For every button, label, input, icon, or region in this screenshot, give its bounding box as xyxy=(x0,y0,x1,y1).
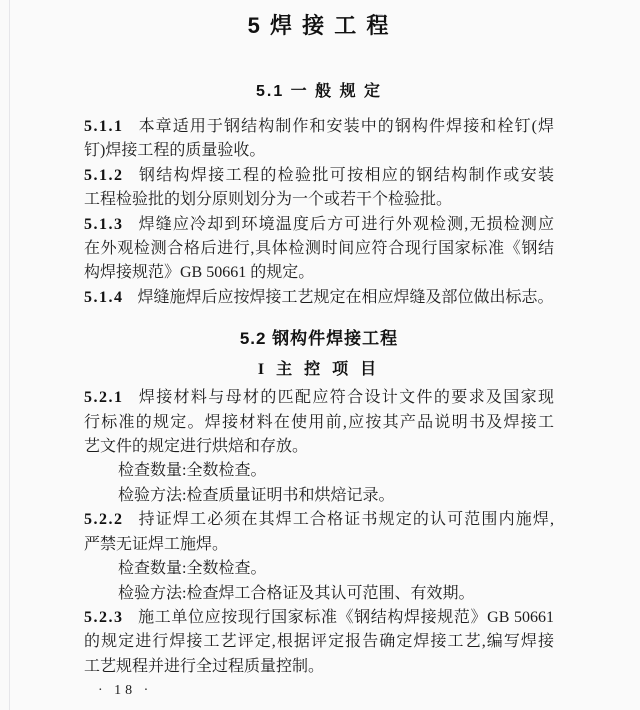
paragraph-line: 5.1.4焊缝施焊后应按焊接工艺规定在相应焊缝及部位做出标志。 xyxy=(84,286,554,310)
paragraph-line: 5.2.1焊接材料与母材的匹配应符合设计文件的要求及国家现 xyxy=(84,386,554,410)
clause-text: 艺文件的规定进行烘焙和存放。 xyxy=(84,438,308,455)
scan-edge-line xyxy=(9,0,10,710)
clause-text: 检验方法:检查焊工合格证及其认可范围、有效期。 xyxy=(118,585,474,602)
document-page: 5 焊 接 工 程 5.1 一 般 规 定 5.1.1本章适用于钢结构制作和安装… xyxy=(0,0,640,710)
clause-number: 5.2.2 xyxy=(84,511,124,528)
clause-text: 钢结构焊接工程的检验批可按相应的钢结构制作或安装 xyxy=(138,167,555,184)
clause-text: 焊缝施焊后应按焊接工艺规定在相应焊缝及部位做出标志。 xyxy=(138,289,554,306)
inspection-quantity-line: 检查数量:全数检查。 xyxy=(84,459,554,483)
section-5-1-title: 5.1 一 般 规 定 xyxy=(84,82,554,102)
inspection-quantity-line: 检查数量:全数检查。 xyxy=(84,557,554,581)
inspection-method-line: 检验方法:检查焊工合格证及其认可范围、有效期。 xyxy=(84,582,554,606)
paragraph-line: 钉)焊接工程的质量验收。 xyxy=(84,139,554,163)
clause-number: 5.1.3 xyxy=(84,216,124,233)
clause-text: 在外观检测合格后进行,具体检测时间应符合现行国家标准《钢结 xyxy=(84,240,554,257)
clause-number: 5.1.2 xyxy=(84,167,124,184)
clause-text: 检查数量:全数检查。 xyxy=(118,560,266,577)
clause-text: 焊缝应冷却到环境温度后方可进行外观检测,无损检测应 xyxy=(138,216,555,233)
clause-text: 持证焊工必须在其焊工合格证书规定的认可范围内施焊, xyxy=(138,511,555,528)
section-5-2-body: 5.2.1焊接材料与母材的匹配应符合设计文件的要求及国家现 行标准的规定。焊接材… xyxy=(84,386,554,679)
page-content: 5 焊 接 工 程 5.1 一 般 规 定 5.1.1本章适用于钢结构制作和安装… xyxy=(84,0,554,679)
clause-text: 行标准的规定。焊接材料在使用前,应按其产品说明书及焊接工 xyxy=(84,414,554,431)
clause-text: 钉)焊接工程的质量验收。 xyxy=(84,142,265,159)
paragraph-line: 5.2.3施工单位应按现行国家标准《钢结构焊接规范》GB 50661 xyxy=(84,606,554,630)
paragraph-line: 工艺规程并进行全过程质量控制。 xyxy=(84,655,554,679)
clause-number: 5.2.3 xyxy=(84,609,124,626)
clause-text: 严禁无证焊工施焊。 xyxy=(84,536,228,553)
paragraph-line: 行标准的规定。焊接材料在使用前,应按其产品说明书及焊接工 xyxy=(84,411,554,435)
chapter-title: 5 焊 接 工 程 xyxy=(84,11,554,41)
paragraph-line: 5.1.2钢结构焊接工程的检验批可按相应的钢结构制作或安装 xyxy=(84,164,554,188)
clause-number: 5.1.1 xyxy=(84,118,124,135)
paragraph-line: 艺文件的规定进行烘焙和存放。 xyxy=(84,435,554,459)
clause-text: 的规定进行焊接工艺评定,根据评定报告确定焊接工艺,编写焊接 xyxy=(84,633,554,650)
dominant-items-subtitle: I 主 控 项 目 xyxy=(84,360,554,380)
paragraph-line: 5.1.1本章适用于钢结构制作和安装中的钢构件焊接和栓钉(焊 xyxy=(84,115,554,139)
paragraph-line: 5.1.3焊缝应冷却到环境温度后方可进行外观检测,无损检测应 xyxy=(84,213,554,237)
clause-text: 本章适用于钢结构制作和安装中的钢构件焊接和栓钉(焊 xyxy=(138,118,555,135)
inspection-method-line: 检验方法:检查质量证明书和烘焙记录。 xyxy=(84,484,554,508)
paragraph-line: 的规定进行焊接工艺评定,根据评定报告确定焊接工艺,编写焊接 xyxy=(84,630,554,654)
paragraph-line: 严禁无证焊工施焊。 xyxy=(84,533,554,557)
section-5-1-body: 5.1.1本章适用于钢结构制作和安装中的钢构件焊接和栓钉(焊 钉)焊接工程的质量… xyxy=(84,115,554,310)
clause-text: 工艺规程并进行全过程质量控制。 xyxy=(84,658,324,675)
clause-number: 5.1.4 xyxy=(84,289,124,306)
clause-text: 构焊接规范》GB 50661 的规定。 xyxy=(84,264,314,281)
clause-text: 施工单位应按现行国家标准《钢结构焊接规范》GB 50661 xyxy=(138,609,555,626)
paragraph-line: 在外观检测合格后进行,具体检测时间应符合现行国家标准《钢结 xyxy=(84,237,554,261)
clause-number: 5.2.1 xyxy=(84,389,124,406)
clause-text: 检验方法:检查质量证明书和烘焙记录。 xyxy=(118,487,394,504)
clause-text: 检查数量:全数检查。 xyxy=(118,462,266,479)
section-5-2-title: 5.2 钢构件焊接工程 xyxy=(84,328,554,350)
paragraph-line: 5.2.2持证焊工必须在其焊工合格证书规定的认可范围内施焊, xyxy=(84,508,554,532)
clause-text: 焊接材料与母材的匹配应符合设计文件的要求及国家现 xyxy=(138,389,555,406)
paragraph-line: 构焊接规范》GB 50661 的规定。 xyxy=(84,261,554,285)
paragraph-line: 工程检验批的划分原则划分为一个或若干个检验批。 xyxy=(84,188,554,212)
clause-text: 工程检验批的划分原则划分为一个或若干个检验批。 xyxy=(84,191,452,208)
page-number: · 18 · xyxy=(98,683,152,699)
